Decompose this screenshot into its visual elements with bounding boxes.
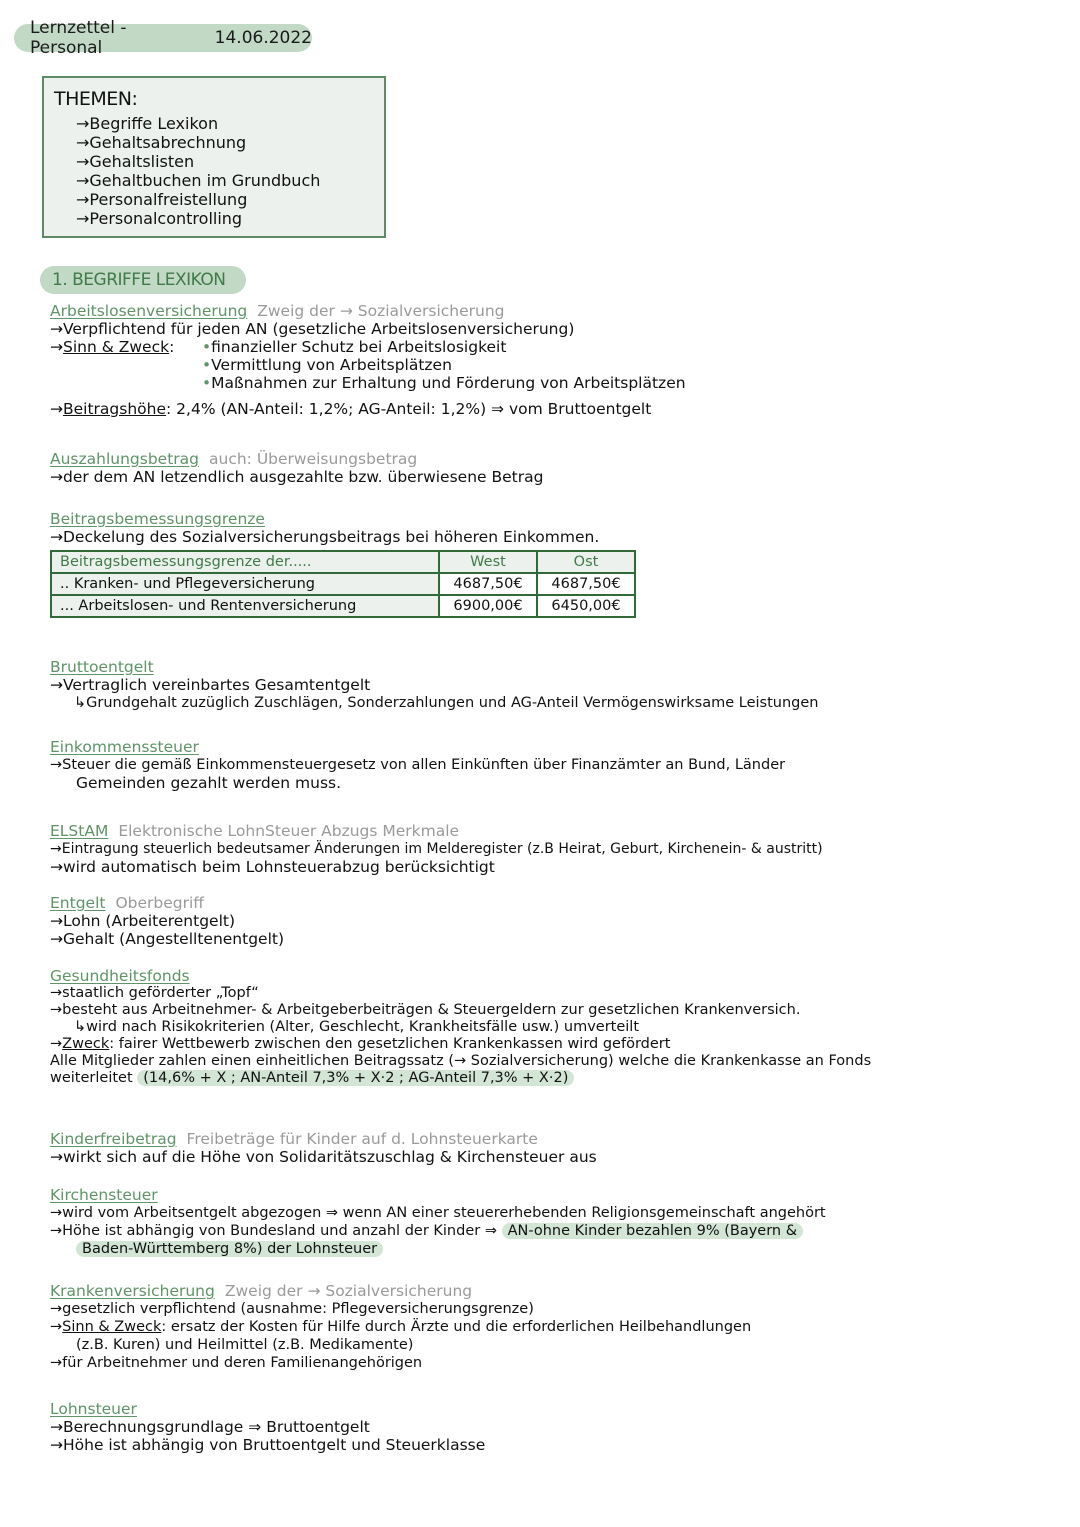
entry-line: staatlich geförderter „Topf“ [50, 985, 871, 1002]
entry-line: Steuer die gemäß Einkommensteuergesetz v… [50, 756, 785, 774]
table-row: ... Arbeitslosen- und Rentenversicherung… [51, 595, 635, 617]
entry-line: besteht aus Arbeitnehmer- & Arbeitgeberb… [50, 1002, 871, 1019]
entry-lohnsteuer: Lohnsteuer Berechnungsgrundlage ⇒ Brutto… [50, 1400, 485, 1454]
table-header: Beitragsbemessungsgrenze der..... [51, 551, 439, 573]
term-title: Kinderfreibetrag [50, 1130, 177, 1148]
term-note: auch: Überweisungsbetrag [209, 450, 417, 468]
table-cell-west: 6900,00€ [439, 595, 537, 617]
entry-line: Grundgehalt zuzüglich Zuschlägen, Sonder… [50, 694, 818, 712]
page-date: 14.06.2022 [215, 28, 312, 48]
entry-line: Alle Mitglieder zahlen einen einheitlich… [50, 1053, 871, 1070]
entry-line: Verpflichtend für jeden AN (gesetzliche … [50, 320, 686, 338]
term-title: Krankenversicherung [50, 1282, 215, 1300]
zweck-text: fairer Wettbewerb zwischen den gesetzlic… [119, 1036, 671, 1052]
entry-line: wird vom Arbeitsentgelt abgezogen ⇒ wenn… [50, 1204, 826, 1222]
term-title: Auszahlungsbetrag [50, 450, 199, 468]
bullet-item: Vermittlung von Arbeitsplätzen [202, 356, 686, 374]
entry-line: Berechnungsgrundlage ⇒ Bruttoentgelt [50, 1418, 485, 1436]
entry-kinderfreibetrag: KinderfreibetragFreibeträge für Kinder a… [50, 1130, 597, 1166]
zweck-label: Zweck [62, 1036, 109, 1052]
topic-item: Personalfreistellung [76, 190, 384, 209]
term-note: Zweig der → Sozialversicherung [225, 1282, 472, 1300]
term-title: Gesundheitsfonds [50, 967, 190, 985]
table-cell-label: .. Kranken- und Pflegeversicherung [51, 573, 439, 595]
table-cell-ost: 6450,00€ [537, 595, 635, 617]
topic-item: Gehaltsabrechnung [76, 133, 384, 152]
term-note: Zweig der → Sozialversicherung [257, 302, 504, 320]
entry-line: Höhe ist abhängig von Bundesland und anz… [62, 1223, 497, 1239]
topic-item: Gehaltslisten [76, 152, 384, 171]
sinn-label: Sinn & Zweck [63, 338, 169, 356]
table-row: .. Kranken- und Pflegeversicherung 4687,… [51, 573, 635, 595]
term-title: Lohnsteuer [50, 1400, 137, 1418]
entry-line: Höhe ist abhängig von Bruttoentgelt und … [50, 1436, 485, 1454]
term-note: Elektronische LohnSteuer Abzugs Merkmale [118, 822, 459, 840]
topics-title: THEMEN: [54, 88, 384, 110]
term-title: Beitragsbemessungsgrenze [50, 510, 265, 528]
term-note: Oberbegriff [115, 894, 204, 912]
entry-line: Deckelung des Sozialversicherungsbeitrag… [50, 528, 636, 546]
entry-elstam: ELStAMElektronische LohnSteuer Abzugs Me… [50, 822, 823, 876]
entry-einkommenssteuer: Einkommenssteuer Steuer die gemäß Einkom… [50, 738, 785, 792]
entry-beitragsbemessungsgrenze: Beitragsbemessungsgrenze Deckelung des S… [50, 510, 636, 618]
entry-auszahlungsbetrag: Auszahlungsbetragauch: Überweisungsbetra… [50, 450, 543, 486]
term-title: Einkommenssteuer [50, 738, 199, 756]
entry-line: wirkt sich auf die Höhe von Solidaritäts… [50, 1148, 597, 1166]
topic-item: Gehaltbuchen im Grundbuch [76, 171, 384, 190]
term-note: Freibeträge für Kinder auf d. Lohnsteuer… [187, 1130, 538, 1148]
entry-gesundheitsfonds: Gesundheitsfonds staatlich geförderter „… [50, 968, 871, 1087]
entry-line: wird automatisch beim Lohnsteuerabzug be… [50, 858, 823, 876]
entry-arbeitslosenversicherung: ArbeitslosenversicherungZweig der → Sozi… [50, 302, 686, 418]
entry-line: Lohn (Arbeiterentgelt) [50, 912, 284, 930]
beitrag-label: Beitragshöhe [63, 400, 166, 418]
entry-line: Eintragung steuerlich bedeutsamer Änderu… [50, 840, 823, 858]
beitrag-text: 2,4% (AN-Anteil: 1,2%; AG-Anteil: 1,2%) … [176, 400, 651, 418]
table-header-ost: Ost [537, 551, 635, 573]
entry-kirchensteuer: Kirchensteuer wird vom Arbeitsentgelt ab… [50, 1186, 826, 1258]
term-title: ELStAM [50, 822, 108, 840]
highlight-text: Baden-Württemberg 8%) der Lohnsteuer [76, 1241, 383, 1257]
page-title: Lernzettel - Personal [30, 18, 183, 58]
bbg-table: Beitragsbemessungsgrenze der..... West O… [50, 550, 636, 618]
term-title: Bruttoentgelt [50, 658, 154, 676]
sinn-text: ersatz der Kosten für Hilfe durch Ärzte … [171, 1319, 751, 1335]
entry-bruttoentgelt: Bruttoentgelt Vertraglich vereinbartes G… [50, 658, 818, 712]
entry-line: weiterleitet [50, 1070, 133, 1086]
term-title: Entgelt [50, 894, 105, 912]
entry-krankenversicherung: KrankenversicherungZweig der → Sozialver… [50, 1282, 751, 1372]
entry-line: für Arbeitnehmer und deren Familienangeh… [50, 1354, 751, 1372]
entry-line: gesetzlich verpflichtend (ausnahme: Pfle… [50, 1300, 751, 1318]
entry-entgelt: EntgeltOberbegriff Lohn (Arbeiterentgelt… [50, 894, 284, 948]
page-title-pill: Lernzettel - Personal 14.06.2022 [14, 24, 312, 52]
term-title: Arbeitslosenversicherung [50, 302, 247, 320]
table-cell-west: 4687,50€ [439, 573, 537, 595]
highlight-text: AN-ohne Kinder bezahlen 9% (Bayern & [502, 1223, 803, 1239]
topics-list: Begriffe Lexikon Gehaltsabrechnung Gehal… [54, 114, 384, 228]
table-header-west: West [439, 551, 537, 573]
topics-box: THEMEN: Begriffe Lexikon Gehaltsabrechnu… [42, 76, 386, 238]
bullet-item: Maßnahmen zur Erhaltung und Förderung vo… [202, 374, 686, 392]
entry-line: Gehalt (Angestelltenentgelt) [50, 930, 284, 948]
entry-line: Vertraglich vereinbartes Gesamtentgelt [50, 676, 818, 694]
entry-line: Gemeinden gezahlt werden muss. [50, 774, 785, 792]
topic-item: Begriffe Lexikon [76, 114, 384, 133]
entry-line: der dem AN letzendlich ausgezahlte bzw. … [50, 468, 543, 486]
bullet-item: finanzieller Schutz bei Arbeitslosigkeit [202, 338, 686, 356]
table-cell-ost: 4687,50€ [537, 573, 635, 595]
term-title: Kirchensteuer [50, 1186, 158, 1204]
entry-line: wird nach Risikokriterien (Alter, Geschl… [50, 1019, 871, 1036]
highlight-formula: (14,6% + X ; AN-Anteil 7,3% + X·2 ; AG-A… [137, 1070, 574, 1086]
topic-item: Personalcontrolling [76, 209, 384, 228]
entry-line: (z.B. Kuren) und Heilmittel (z.B. Medika… [50, 1336, 751, 1354]
sinn-label: Sinn & Zweck [62, 1319, 161, 1335]
section-heading: 1. BEGRIFFE LEXIKON [40, 266, 246, 294]
table-cell-label: ... Arbeitslosen- und Rentenversicherung [51, 595, 439, 617]
